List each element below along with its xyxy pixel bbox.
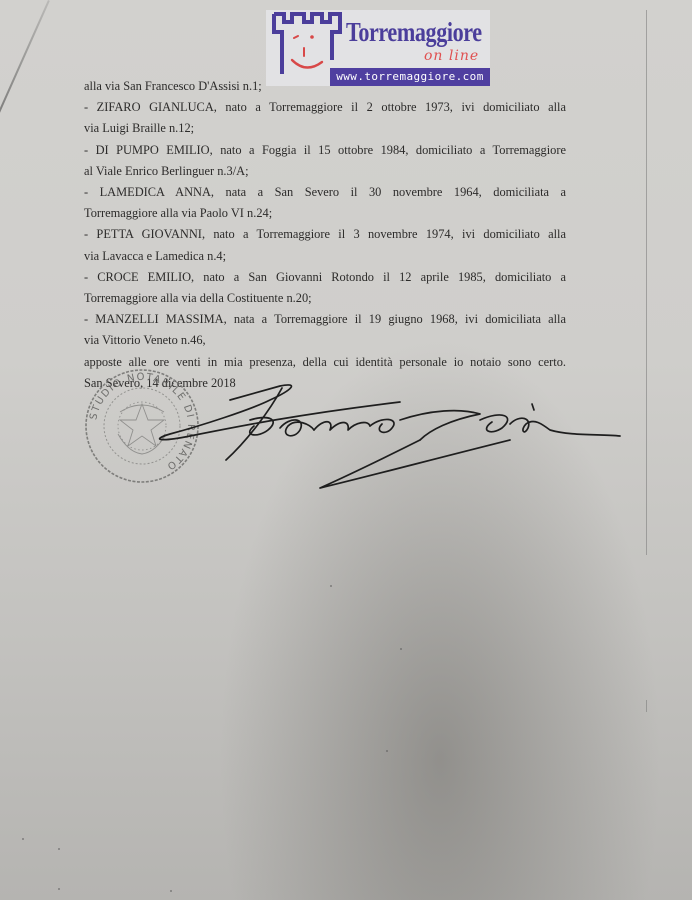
- document-line: Torremaggiore alla via Paolo VI n.24;: [84, 203, 566, 224]
- document-line: via Lavacca e Lamedica n.4;: [84, 246, 566, 267]
- document-line: - ZIFARO GIANLUCA, nato a Torremaggiore …: [84, 97, 566, 118]
- document-line: Torremaggiore alla via della Costituente…: [84, 288, 566, 309]
- document-line: via Vittorio Veneto n.46,: [84, 330, 566, 351]
- margin-rule-mark: [646, 700, 647, 712]
- torremaggiore-logo[interactable]: Torremaggiore on line www.torremaggiore.…: [266, 10, 490, 86]
- document-page: Torremaggiore on line www.torremaggiore.…: [0, 0, 692, 900]
- logo-brand-text: Torremaggiore: [346, 17, 482, 48]
- document-line: alla via San Francesco D'Assisi n.1;: [84, 76, 566, 97]
- document-line: - LAMEDICA ANNA, nata a San Severo il 30…: [84, 182, 566, 203]
- handwritten-signature-icon: [130, 380, 650, 500]
- document-body: alla via San Francesco D'Assisi n.1;- ZI…: [84, 76, 566, 394]
- document-line: - CROCE EMILIO, nato a San Giovanni Roto…: [84, 267, 566, 288]
- paper-fold-line: [0, 0, 50, 129]
- document-line: al Viale Enrico Berlinguer n.3/A;: [84, 161, 566, 182]
- document-line: - MANZELLI MASSIMA, nata a Torremaggiore…: [84, 309, 566, 330]
- document-line: - DI PUMPO EMILIO, nato a Foggia il 15 o…: [84, 140, 566, 161]
- document-line: - PETTA GIOVANNI, nato a Torremaggiore i…: [84, 224, 566, 245]
- document-line: via Luigi Braille n.12;: [84, 118, 566, 139]
- logo-tagline: on line: [424, 48, 479, 64]
